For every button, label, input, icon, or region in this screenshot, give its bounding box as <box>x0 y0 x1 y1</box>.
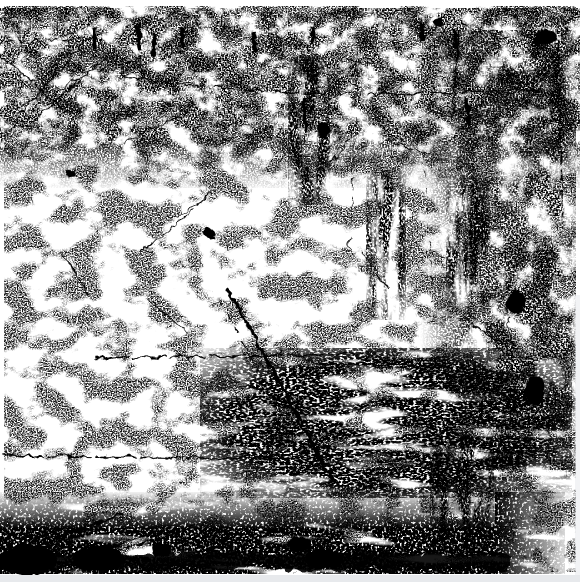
page-edge-right <box>575 295 580 575</box>
grunge-texture-image <box>0 0 580 582</box>
ink-dash <box>251 30 253 52</box>
ink-dash <box>419 20 421 40</box>
ink-dash <box>179 26 181 46</box>
ink-dash <box>465 96 467 124</box>
page-edge-bottom <box>0 575 580 582</box>
ink-blob <box>431 16 441 24</box>
ink-dash <box>151 32 153 54</box>
ink-blob <box>302 548 342 566</box>
ink-blob <box>523 374 543 402</box>
ink-blob <box>71 544 123 570</box>
streak-column <box>446 175 490 315</box>
ink-blob <box>201 227 215 237</box>
ink-blob <box>316 120 328 136</box>
ink-blob <box>532 28 554 44</box>
smudge-field <box>200 348 572 498</box>
streak-column <box>366 170 406 320</box>
ink-blob <box>505 288 523 312</box>
ink-dash <box>136 22 138 48</box>
ink-blob <box>286 534 310 550</box>
bottom-smudge-layer <box>200 348 572 498</box>
ink-blob <box>63 168 73 176</box>
ink-dash <box>302 96 304 130</box>
ink-blob <box>150 541 170 555</box>
texture-canvas <box>0 0 580 582</box>
